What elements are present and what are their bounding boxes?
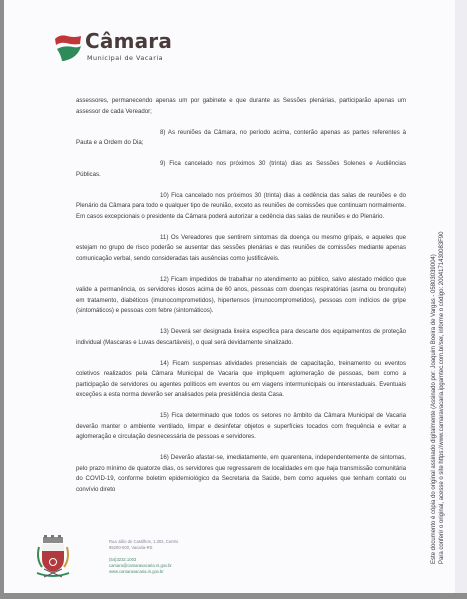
flag-icon <box>54 33 84 63</box>
logo-title: Câmara <box>85 29 172 53</box>
paragraph-12: 12) Ficam impedidos de trabalhar no aten… <box>76 275 406 317</box>
paragraph-16: 16) Deverão afastar-se, imediatamente, e… <box>76 453 406 495</box>
footer-contact: (54)3232.1003 camara@camaravacaria.rs.go… <box>109 557 172 575</box>
document-page: Câmara Municipal de Vacaria assessores, … <box>4 0 455 593</box>
signature-notice-line-1: Este documento é cópia do original assin… <box>431 231 439 564</box>
page-footer: Rua Júlio de Castilhos, 1.302, Centro 95… <box>34 533 224 588</box>
address-line-2: 95200-000, Vacaria-RS <box>109 545 178 551</box>
logo-subtitle: Municipal de Vacaria <box>87 54 163 62</box>
paragraph-10: 10) Fica cancelado nos próximos 30 (trin… <box>76 191 406 223</box>
signature-notice-line-2: Para conferir o original, acesse o site … <box>439 231 447 564</box>
document-body: assessores, permanecendo apenas um por g… <box>76 96 406 506</box>
paragraph-13: 13) Deverá ser designada lixeira especif… <box>76 327 406 348</box>
paragraph-continuation: assessores, permanecendo apenas um por g… <box>76 96 406 117</box>
paragraph-11: 11) Os Vereadores que sentirem sintomas … <box>76 233 406 265</box>
scan-edge <box>455 0 467 593</box>
paragraph-8: 8) As reuniões da Câmara, no período aci… <box>76 128 406 149</box>
paragraph-14: 14) Ficam suspensas atividades presencia… <box>76 359 406 401</box>
footer-address: Rua Júlio de Castilhos, 1.302, Centro 95… <box>109 539 178 551</box>
paragraph-15: 15) Fica determinado que todos os setore… <box>76 411 406 443</box>
coat-of-arms-icon <box>34 535 72 581</box>
camara-logo: Câmara Municipal de Vacaria <box>54 32 184 66</box>
footer-website[interactable]: www.camaravacaria.rs.gov.br <box>109 569 172 575</box>
digital-signature-notice: Este documento é cópia do original assin… <box>431 231 446 564</box>
paragraph-9: 9) Fica cancelado nos próximos 30 (trint… <box>76 159 406 180</box>
